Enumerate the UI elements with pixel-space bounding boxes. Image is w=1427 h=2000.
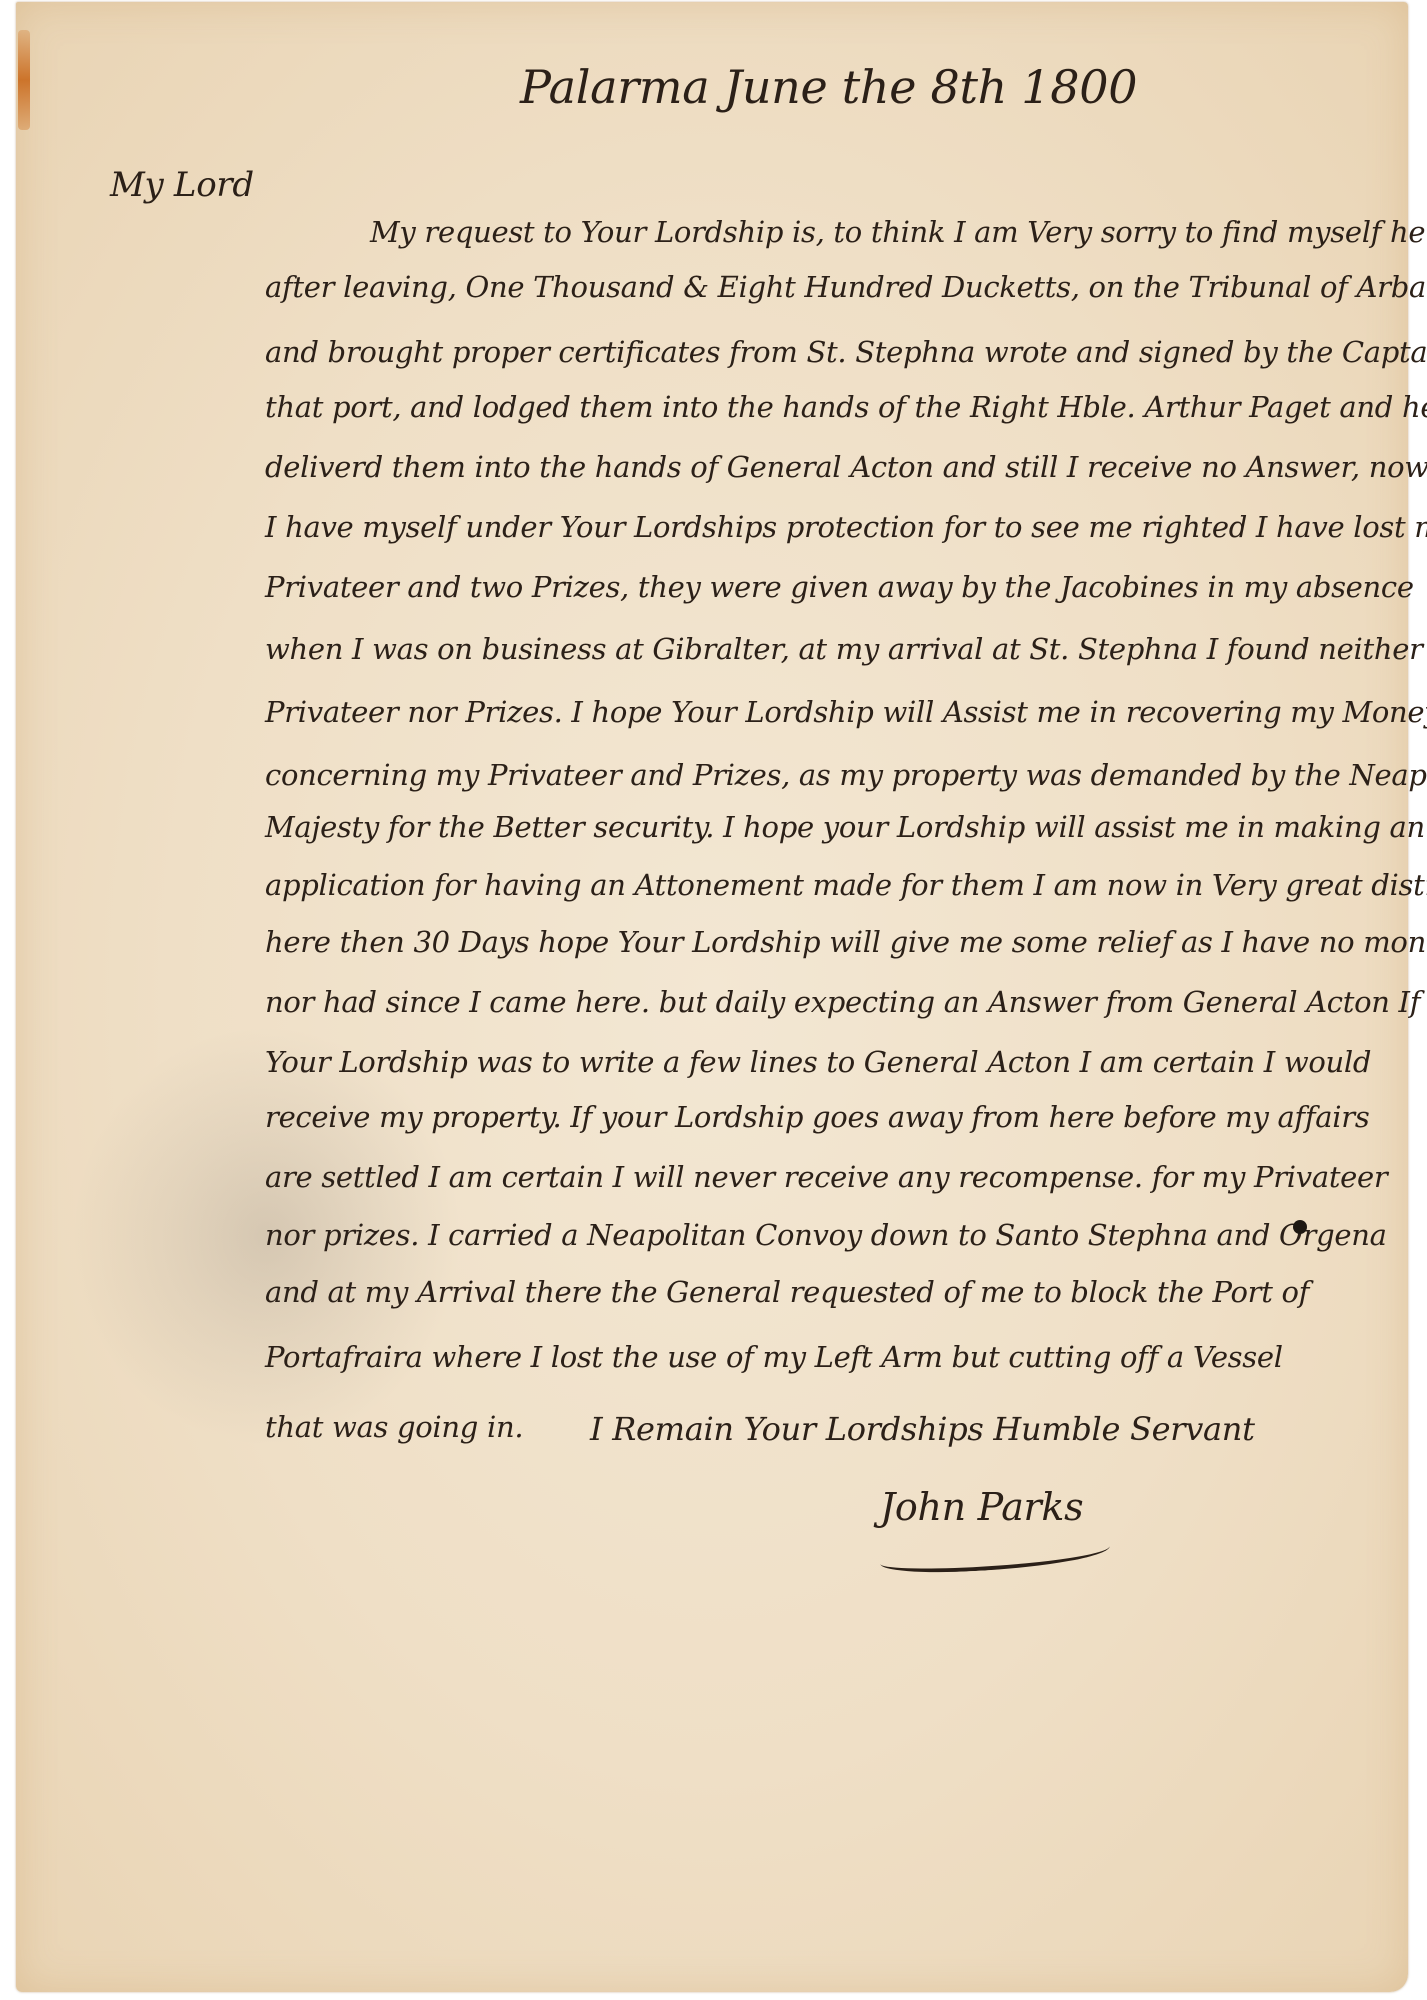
body-line: here then 30 Days hope Your Lordship wil… [265,925,1427,959]
body-line: My request to Your Lordship is, to think… [370,215,1427,249]
letter-heading-date: Palarma June the 8th 1800 [520,60,1137,114]
letter-closing: I Remain Your Lordships Humble Servant [590,1410,1255,1448]
body-line: that port, and lodged them into the hand… [265,390,1427,424]
body-line: receive my property. If your Lordship go… [265,1100,1369,1134]
body-line: Privateer and two Prizes, they were give… [265,570,1414,604]
body-line: Your Lordship was to write a few lines t… [265,1045,1371,1079]
body-line: nor had since I came here. but daily exp… [265,985,1420,1019]
body-line: and at my Arrival there the General requ… [265,1275,1309,1309]
body-line: application for having an Attonement mad… [265,868,1427,902]
body-line: Majesty for the Better security. I hope … [265,810,1425,844]
body-line: and brought proper certificates from St.… [265,335,1427,369]
body-line: concerning my Privateer and Prizes, as m… [265,758,1427,792]
body-line: after leaving, One Thousand & Eight Hund… [265,270,1427,304]
body-line: I have myself under Your Lordships prote… [265,510,1427,544]
body-line: nor prizes. I carried a Neapolitan Convo… [265,1218,1387,1252]
body-line: Privateer nor Prizes. I hope Your Lordsh… [265,695,1427,729]
body-line: that was going in. [265,1410,523,1444]
body-line: deliverd them into the hands of General … [265,450,1427,484]
ink-blot [1293,1220,1307,1234]
rust-stain [18,30,30,130]
letter-salutation: My Lord [110,165,254,205]
body-line: are settled I am certain I will never re… [265,1160,1387,1194]
body-line: when I was on business at Gibralter, at … [265,632,1423,666]
letter-signature: John Parks [880,1485,1083,1529]
body-line: Portafraira where I lost the use of my L… [265,1340,1283,1374]
